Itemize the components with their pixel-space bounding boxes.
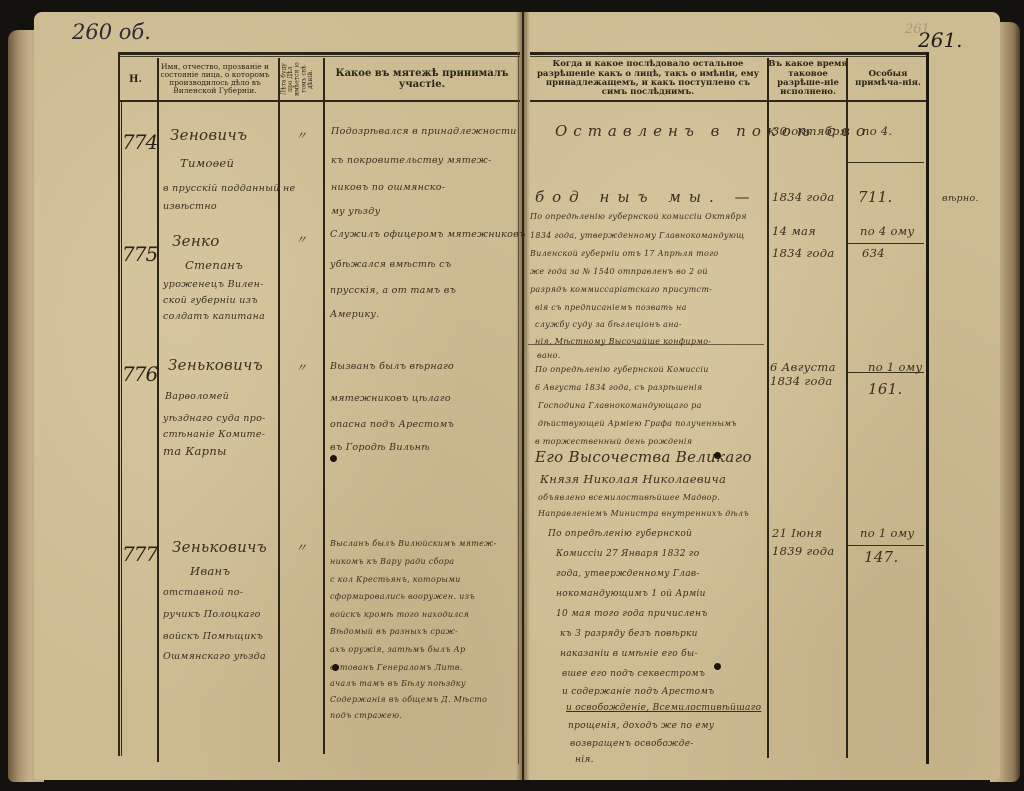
resolution-line: Господина Главнокомандующаго ра: [538, 402, 702, 410]
entry-name-line: ручикъ Полоцкаго: [163, 610, 261, 620]
resolution-line: 6 Августа 1834 года, съ разрѣшенія: [535, 384, 703, 392]
resolution-line: в торжественный день рожденія: [535, 438, 692, 446]
right-border-line: [926, 52, 929, 764]
participation-line: въ Городѣ Вильнѣ: [330, 443, 430, 453]
resolution-line: нокомандующимъ 1 ой Арміи: [556, 590, 706, 599]
participation-line: прусскія, а от тамъ въ: [330, 286, 456, 296]
participation-line: никовъ по ошмянско-: [331, 183, 445, 193]
entry-name-line: Варѳоломей: [165, 392, 229, 402]
ditto-mark: 〃: [295, 130, 307, 142]
note-line: по 4.: [862, 126, 892, 138]
notes-rule-4: [848, 545, 924, 546]
entry-name-line: солдатъ капитана: [163, 312, 265, 322]
col-divider-executed: [846, 58, 848, 758]
faint-stamp: 261: [905, 22, 930, 37]
left-border-line-inner: [121, 100, 122, 756]
left-folio-number: 260 об.: [72, 20, 151, 44]
right-top-rule: [530, 52, 926, 55]
entry-name-line: Ошмянскаго уѣзда: [163, 652, 266, 662]
resolution-line: возвращенъ освобожде-: [570, 740, 694, 749]
resolution-line: службу суду за бѣглеціонъ ана-: [535, 321, 682, 329]
entry-number: 775: [122, 244, 157, 264]
entry-name-line: уѣзднаго суда про-: [163, 414, 266, 424]
resolution-line: Князя Николая Николаевича: [540, 474, 726, 486]
entry-surname: Зеновичъ: [170, 128, 247, 143]
notes-rule-2: [848, 243, 924, 244]
left-header-row: Н. Имя, отчество, прозваніе и состояніе …: [118, 58, 520, 100]
entry-name-line: ской губерніи изъ: [163, 296, 258, 306]
note-line: 161.: [868, 382, 903, 397]
notes-rule-1: [848, 162, 924, 163]
ditto-mark: 〃: [295, 234, 307, 246]
ink-blot: [714, 663, 721, 670]
note-line: 147.: [864, 550, 899, 565]
participation-line: мятежниковъ цѣлаго: [330, 394, 451, 404]
participation-line: Подозрѣвался в принадлежности: [331, 127, 517, 137]
resolution-line: вано.: [537, 352, 561, 360]
resolution-line: Направленіемъ Министра внутреннихъ дѣлъ: [538, 510, 749, 518]
entry-name-line: войскъ Помѣщикъ: [163, 632, 263, 642]
ink-blot: [714, 452, 721, 459]
entry-name-line: в прусскій подданный не: [163, 184, 295, 194]
participation-line: ахъ оружія, затѣмъ былъ Ар: [330, 646, 465, 654]
margin-note: вѣрно.: [942, 194, 979, 204]
participation-line: с кол Крестьянъ, которыми: [330, 576, 461, 584]
executed-date: 30 октября: [772, 126, 848, 138]
resolution-line: и содержаніе подъ Арестомъ: [562, 688, 714, 697]
resolution-line: къ 3 разряду безъ повѣрки: [560, 630, 698, 639]
resolution-line: нія, Мѣстному Высочайше конфирмо-: [535, 338, 711, 346]
resolution-line: Виленской губерніи отъ 17 Апрѣля того: [530, 250, 719, 258]
header-years: Лѣта буду про Дѣл имѣется іо томъ свѣ дѣ…: [277, 58, 319, 100]
participation-line: ачалъ тамъ въ Бѣлу поѣздку: [330, 680, 466, 688]
left-header-bottom-rule: [118, 100, 520, 102]
entry-name-line: Степанъ: [185, 260, 243, 272]
entry-number: 777: [122, 544, 157, 564]
col-divider-years: [323, 58, 325, 754]
participation-line: никомъ къ Вару ради сбора: [330, 558, 454, 566]
header-name: Имя, отчество, прозваніе и состояніе лиц…: [155, 58, 275, 100]
entry-name-line: стѣнаніе Комите-: [163, 430, 265, 440]
executed-date: 6 Августа: [770, 362, 836, 374]
right-header-row: Когда и какое послѣдовало остальное разр…: [530, 58, 926, 100]
note-line: по 4 ому: [860, 226, 915, 238]
col-divider-name: [278, 58, 280, 762]
participation-line: подъ стражею.: [330, 712, 402, 720]
book-spread-scan: 260 об. 261. 261 Н. Имя, отчество, прозв…: [0, 0, 1024, 791]
executed-year: 1834 года: [772, 192, 835, 204]
entry-surname: Зенко: [172, 234, 220, 249]
header-number: Н.: [118, 58, 153, 100]
resolution-line: нія.: [575, 756, 594, 765]
note-line: по 1 ому: [860, 528, 915, 540]
entry-surname: Зеньковичъ: [172, 540, 267, 555]
header-participation: Какое въ мятежѣ принималъ участіе.: [324, 58, 520, 100]
ditto-mark: 〃: [295, 362, 307, 374]
right-header-bottom-rule: [530, 100, 926, 102]
resolution-line: вія съ предписаніемъ позвать на: [535, 304, 687, 312]
participation-line: му уѣзду: [331, 207, 380, 217]
executed-date: 14 мая: [772, 226, 816, 238]
note-line: 711.: [858, 190, 893, 205]
executed-year: 1834 года: [770, 376, 833, 388]
participation-line: Вѣдомый въ разныхъ сраж-: [330, 628, 458, 636]
left-top-rule-thin: [118, 56, 520, 57]
left-right-border: [518, 52, 519, 764]
resolution-line: По опредѣленію губернской комиссіи Октяб…: [530, 213, 747, 221]
resolution-line: и освобожденіе, Всемилостивѣйшаго: [566, 704, 761, 713]
entry-name-line: извѣстно: [163, 202, 217, 212]
resolution-line: Комиссіи 27 Января 1832 го: [556, 550, 700, 559]
col-divider-number: [157, 58, 159, 762]
participation-line: опасна подъ Арестомъ: [330, 420, 454, 430]
right-top-rule-thin: [530, 56, 926, 57]
entry-surname: Зеньковичъ: [168, 358, 263, 373]
entry-name-line: уроженецъ Вилен-: [163, 280, 264, 290]
ditto-mark: 〃: [295, 542, 307, 554]
participation-line: Америку.: [330, 310, 380, 320]
left-top-rule: [118, 52, 520, 55]
resolution-line: вшее его подъ секвестромъ: [562, 670, 705, 679]
participation-line: къ покровительству мятеж-: [331, 156, 492, 166]
header-resolution: Когда и какое послѣдовало остальное разр…: [530, 58, 766, 100]
participation-line: естованъ Генераломъ Литв.: [330, 664, 463, 672]
entry-name-line: отставной по-: [163, 588, 243, 598]
resolution-line: По опредѣленію губернской: [548, 530, 692, 539]
resolution-line: объявлено всемилостивѣйшее Мадвор.: [538, 494, 720, 502]
header-notes: Особыя примѣча-нія.: [850, 58, 926, 100]
resolution-line: же года за № 1540 отправленъ во 2 ой: [530, 268, 708, 276]
participation-line: Содержанія въ общемъ Д. Мѣсто: [330, 696, 487, 704]
participation-line: убѣжался вмѣстѣ съ: [330, 260, 451, 270]
ink-blot: [330, 455, 337, 462]
resolution-line: 10 мая того года причисленъ: [556, 610, 708, 619]
participation-line: Высланъ былъ Вилюйскимъ мятеж-: [330, 540, 497, 548]
entry-number: 774: [122, 132, 157, 152]
entry-name-line: Иванъ: [190, 566, 230, 578]
executed-year: 1834 года: [772, 248, 835, 260]
entry-name-line: та Карпы: [163, 446, 227, 458]
entry-number: 776: [122, 364, 157, 384]
resolution-line: года, утвержденному Глав-: [556, 570, 700, 579]
entry-name-line: Тимоѳей: [180, 158, 234, 170]
participation-line: Служилъ офицеромъ мятежниковъ: [330, 230, 526, 240]
resolution-line: 1834 года, утвержденному Главнокомандующ: [530, 232, 744, 240]
left-border-line: [118, 52, 120, 756]
resolution-line: наказаніи в имѣніе его бы-: [560, 650, 698, 659]
col-divider-resolution: [767, 58, 769, 758]
participation-line: войскъ кромѣ того находился: [330, 611, 469, 619]
participation-line: Вызванъ былъ вѣрнаго: [330, 362, 454, 372]
executed-date: 21 Іюня: [772, 528, 822, 540]
resolution-line: разрядъ коммиссаріатскаго присутст-: [530, 286, 712, 294]
resolution-line: бод ныъ мы. —: [535, 190, 758, 205]
executed-year: 1839 года: [772, 546, 835, 558]
note-line: по 1 ому: [868, 362, 923, 374]
participation-line: сформировались вооружен. изъ: [330, 593, 475, 601]
resolution-line: дѣйствующей Арміею Графа полученнымъ: [538, 420, 737, 428]
resolution-line: прощенія, доходъ же по ему: [568, 722, 714, 731]
ink-blot: [332, 664, 339, 671]
header-executed: Въ какое время таковое разрѣше-ніе испол…: [768, 58, 848, 100]
resolution-line: По опредѣленію губернской Комиссіи: [535, 366, 709, 374]
note-line: 634: [862, 248, 885, 260]
